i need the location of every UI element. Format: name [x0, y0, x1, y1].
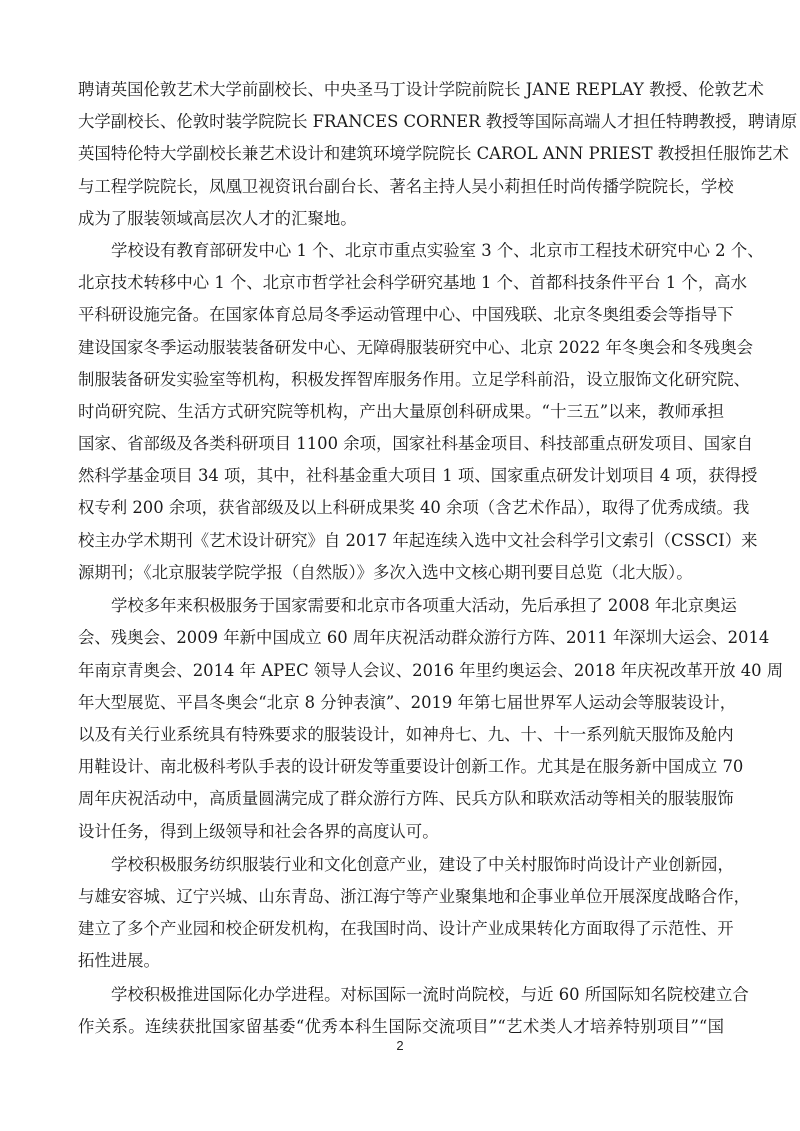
text-line: 英国特伦特大学副校长兼艺术设计和建筑环境学院院长 CAROL ANN PRIES…	[78, 138, 724, 170]
text-line: 时尚研究院、生活方式研究院等机构，产出大量原创科研成果。“十三五”以来，教师承担	[78, 396, 724, 428]
text-line: 聘请英国伦敦艺术大学前副校长、中央圣马丁设计学院前院长 JANE REPLAY …	[78, 74, 724, 106]
text-line: 以及有关行业系统具有特殊要求的服装设计，如神舟七、九、十、十一系列航天服饰及舱内	[78, 719, 724, 751]
paragraph-industry-cooperation: 学校积极服务纺织服装行业和文化创意产业，建设了中关村服饰时尚设计产业创新园， 与…	[78, 849, 724, 978]
text-line: 北京技术转移中心 1 个、北京市哲学社会科学研究基地 1 个、首都科技条件平台 …	[78, 267, 724, 299]
page-number: 2	[0, 1038, 800, 1053]
text-line: 用鞋设计、南北极科考队手表的设计研发等重要设计创新工作。尤其是在服务新中国成立 …	[78, 751, 724, 783]
text-line: 学校多年来积极服务于国家需要和北京市各项重大活动，先后承担了 2008 年北京奥…	[78, 590, 724, 622]
paragraph-international-talent: 聘请英国伦敦艺术大学前副校长、中央圣马丁设计学院前院长 JANE REPLAY …	[78, 74, 724, 235]
text-line: 会、残奥会、2009 年新中国成立 60 周年庆祝活动群众游行方阵、2011 年…	[78, 622, 724, 654]
text-line: 年大型展览、平昌冬奥会“北京 8 分钟表演”、2019 年第七届世界军人运动会等…	[78, 687, 724, 719]
paragraph-major-events-service: 学校多年来积极服务于国家需要和北京市各项重大活动，先后承担了 2008 年北京奥…	[78, 590, 724, 848]
text-line: 大学副校长、伦敦时装学院院长 FRANCES CORNER 教授等国际高端人才担…	[78, 106, 724, 138]
text-line: 设计任务，得到上级领导和社会各界的高度认可。	[78, 816, 724, 848]
document-page: 聘请英国伦敦艺术大学前副校长、中央圣马丁设计学院前院长 JANE REPLAY …	[0, 0, 800, 1131]
text-line: 学校设有教育部研发中心 1 个、北京市重点实验室 3 个、北京市工程技术研究中心…	[78, 235, 724, 267]
text-line: 年南京青奥会、2014 年 APEC 领导人会议、2016 年里约奥运会、201…	[78, 655, 724, 687]
text-line: 建立了多个产业园和校企研发机构，在我国时尚、设计产业成果转化方面取得了示范性、开	[78, 913, 724, 945]
paragraph-internationalization: 学校积极推进国际化办学进程。对标国际一流时尚院校，与近 60 所国际知名院校建立…	[78, 979, 724, 1043]
text-line: 周年庆祝活动中，高质量圆满完成了群众游行方阵、民兵方队和联欢活动等相关的服装服饰	[78, 783, 724, 815]
text-line: 权专利 200 余项，获省部级及以上科研成果奖 40 余项（含艺术作品），取得了…	[78, 492, 724, 524]
document-body: 聘请英国伦敦艺术大学前副校长、中央圣马丁设计学院前院长 JANE REPLAY …	[78, 74, 724, 1043]
text-line: 学校积极推进国际化办学进程。对标国际一流时尚院校，与近 60 所国际知名院校建立…	[78, 979, 724, 1011]
text-line: 建设国家冬季运动服装装备研发中心、无障碍服装研究中心、北京 2022 年冬奥会和…	[78, 332, 724, 364]
text-line: 学校积极服务纺织服装行业和文化创意产业，建设了中关村服饰时尚设计产业创新园，	[78, 849, 724, 881]
text-line: 制服装备研发实验室等机构，积极发挥智库服务作用。立足学科前沿，设立服饰文化研究院…	[78, 364, 724, 396]
text-line: 成为了服装领域高层次人才的汇聚地。	[78, 203, 724, 235]
text-line: 国家、省部级及各类科研项目 1100 余项，国家社科基金项目、科技部重点研发项目…	[78, 428, 724, 460]
text-line: 校主办学术期刊《艺术设计研究》自 2017 年起连续入选中文社会科学引文索引（C…	[78, 525, 724, 557]
text-line: 然科学基金项目 34 项，其中，社科基金重大项目 1 项、国家重点研发计划项目 …	[78, 460, 724, 492]
text-line: 与工程学院院长，凤凰卫视资讯台副台长、著名主持人吴小莉担任时尚传播学院院长，学校	[78, 171, 724, 203]
text-line: 与雄安容城、辽宁兴城、山东青岛、浙江海宁等产业聚集地和企事业单位开展深度战略合作…	[78, 881, 724, 913]
paragraph-research-platforms: 学校设有教育部研发中心 1 个、北京市重点实验室 3 个、北京市工程技术研究中心…	[78, 235, 724, 589]
text-line: 拓性进展。	[78, 945, 724, 977]
text-line: 源期刊；《北京服装学院学报（自然版）》多次入选中文核心期刊要目总览（北大版）。	[78, 557, 724, 589]
text-line: 平科研设施完备。在国家体育总局冬季运动管理中心、中国残联、北京冬奥组委会等指导下	[78, 299, 724, 331]
